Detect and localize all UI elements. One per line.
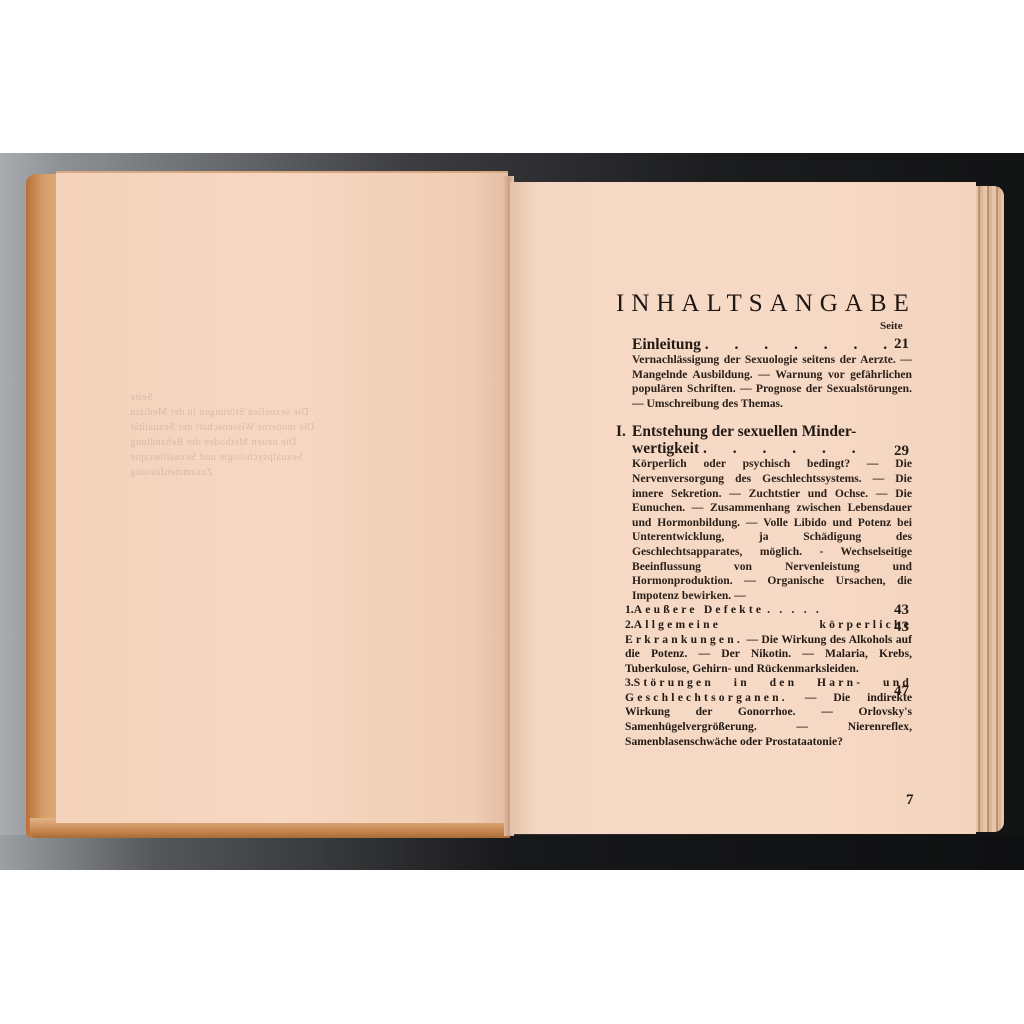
toc-title: INHALTSANGABE <box>616 290 916 318</box>
subentry-1: 1.Aeußere Defekte . . . . . 43 <box>625 603 912 618</box>
toc-entry-einleitung: Einleitung . . . . . . . 21 Vernachlässi… <box>632 336 912 411</box>
toc-entry-chapter-1: I. Entstehung der sexuellen Minder- wert… <box>632 423 912 749</box>
table-of-contents: Einleitung . . . . . . . 21 Vernachlässi… <box>632 330 912 749</box>
entry-description: Vernachlässigung der Sexuologie seitens … <box>632 353 912 411</box>
subentry-3: 3.Störungen in den Harn- und Geschlechts… <box>625 676 912 749</box>
page-number: 47 <box>894 684 909 699</box>
entry-heading: Einleitung . . . . . . . <box>632 336 912 353</box>
page-number: 43 <box>894 603 909 618</box>
entry-description: Körperlich oder psychisch bedingt? — Die… <box>632 457 912 603</box>
subentry-2: 2.Allgemeine körperliche Erkrankungen. —… <box>625 618 912 676</box>
page-folio: 7 <box>906 792 914 809</box>
entry-heading: Entstehung der sexuellen Minder- wertigk… <box>632 423 912 457</box>
chapter-numeral: I. <box>616 423 626 440</box>
page-stack-edges <box>974 186 1004 832</box>
page-number: 29 <box>894 443 909 460</box>
bleed-through-text: Seite Die sexuellen Störungen in der Med… <box>130 390 440 500</box>
page-number: 21 <box>894 336 909 353</box>
background-shadow <box>0 835 1024 870</box>
page-number: 43 <box>894 620 909 635</box>
